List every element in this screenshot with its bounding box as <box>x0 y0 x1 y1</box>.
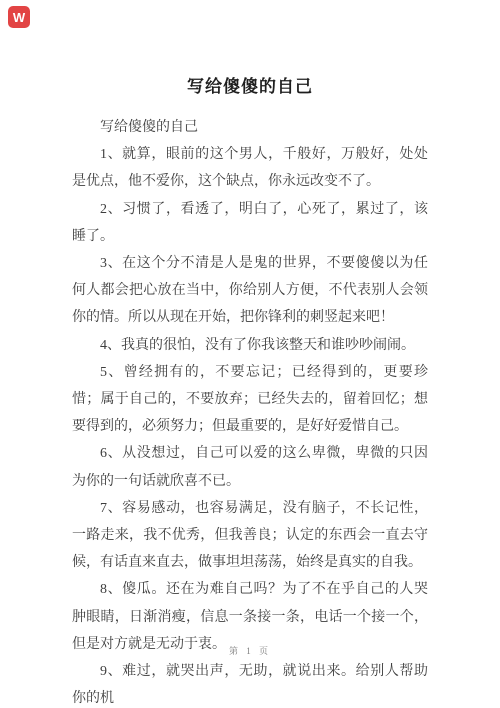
paragraph: 4、我真的很怕，没有了你我该整天和谁吵吵闹闹。 <box>72 332 428 359</box>
document-page: W 写给傻傻的自己 写给傻傻的自己1、就算，眼前的这个男人，千般好，万般好，处处… <box>0 0 500 708</box>
page-number: 第 1 页 <box>0 644 500 657</box>
w-logo-icon: W <box>8 6 30 28</box>
paragraph: 9、难过，就哭出声，无助，就说出来。给别人帮助你的机 <box>72 658 428 708</box>
paragraph: 写给傻傻的自己 <box>72 114 428 141</box>
paragraph: 6、从没想过，自己可以爱的这么卑微，卑微的只因为你的一句话就欣喜不已。 <box>72 440 428 494</box>
paragraph: 7、容易感动，也容易满足，没有脑子，不长记性，一路走来，我不优秀，但我善良；认定… <box>72 495 428 577</box>
document-body: 写给傻傻的自己1、就算，眼前的这个男人，千般好，万般好，处处是优点，他不爱你，这… <box>72 114 428 708</box>
paragraph: 1、就算，眼前的这个男人，千般好，万般好，处处是优点，他不爱你，这个缺点，你永远… <box>72 141 428 195</box>
paragraph: 3、在这个分不清是人是鬼的世界，不要傻傻以为任何人都会把心放在当中，你给别人方便… <box>72 250 428 332</box>
paragraph: 5、曾经拥有的，不要忘记；已经得到的，更要珍惜；属于自己的，不要放弃；已经失去的… <box>72 359 428 441</box>
paragraph: 2、习惯了，看透了，明白了，心死了，累过了，该睡了。 <box>72 196 428 250</box>
document-title: 写给傻傻的自己 <box>0 0 500 97</box>
w-logo-glyph: W <box>13 11 25 24</box>
